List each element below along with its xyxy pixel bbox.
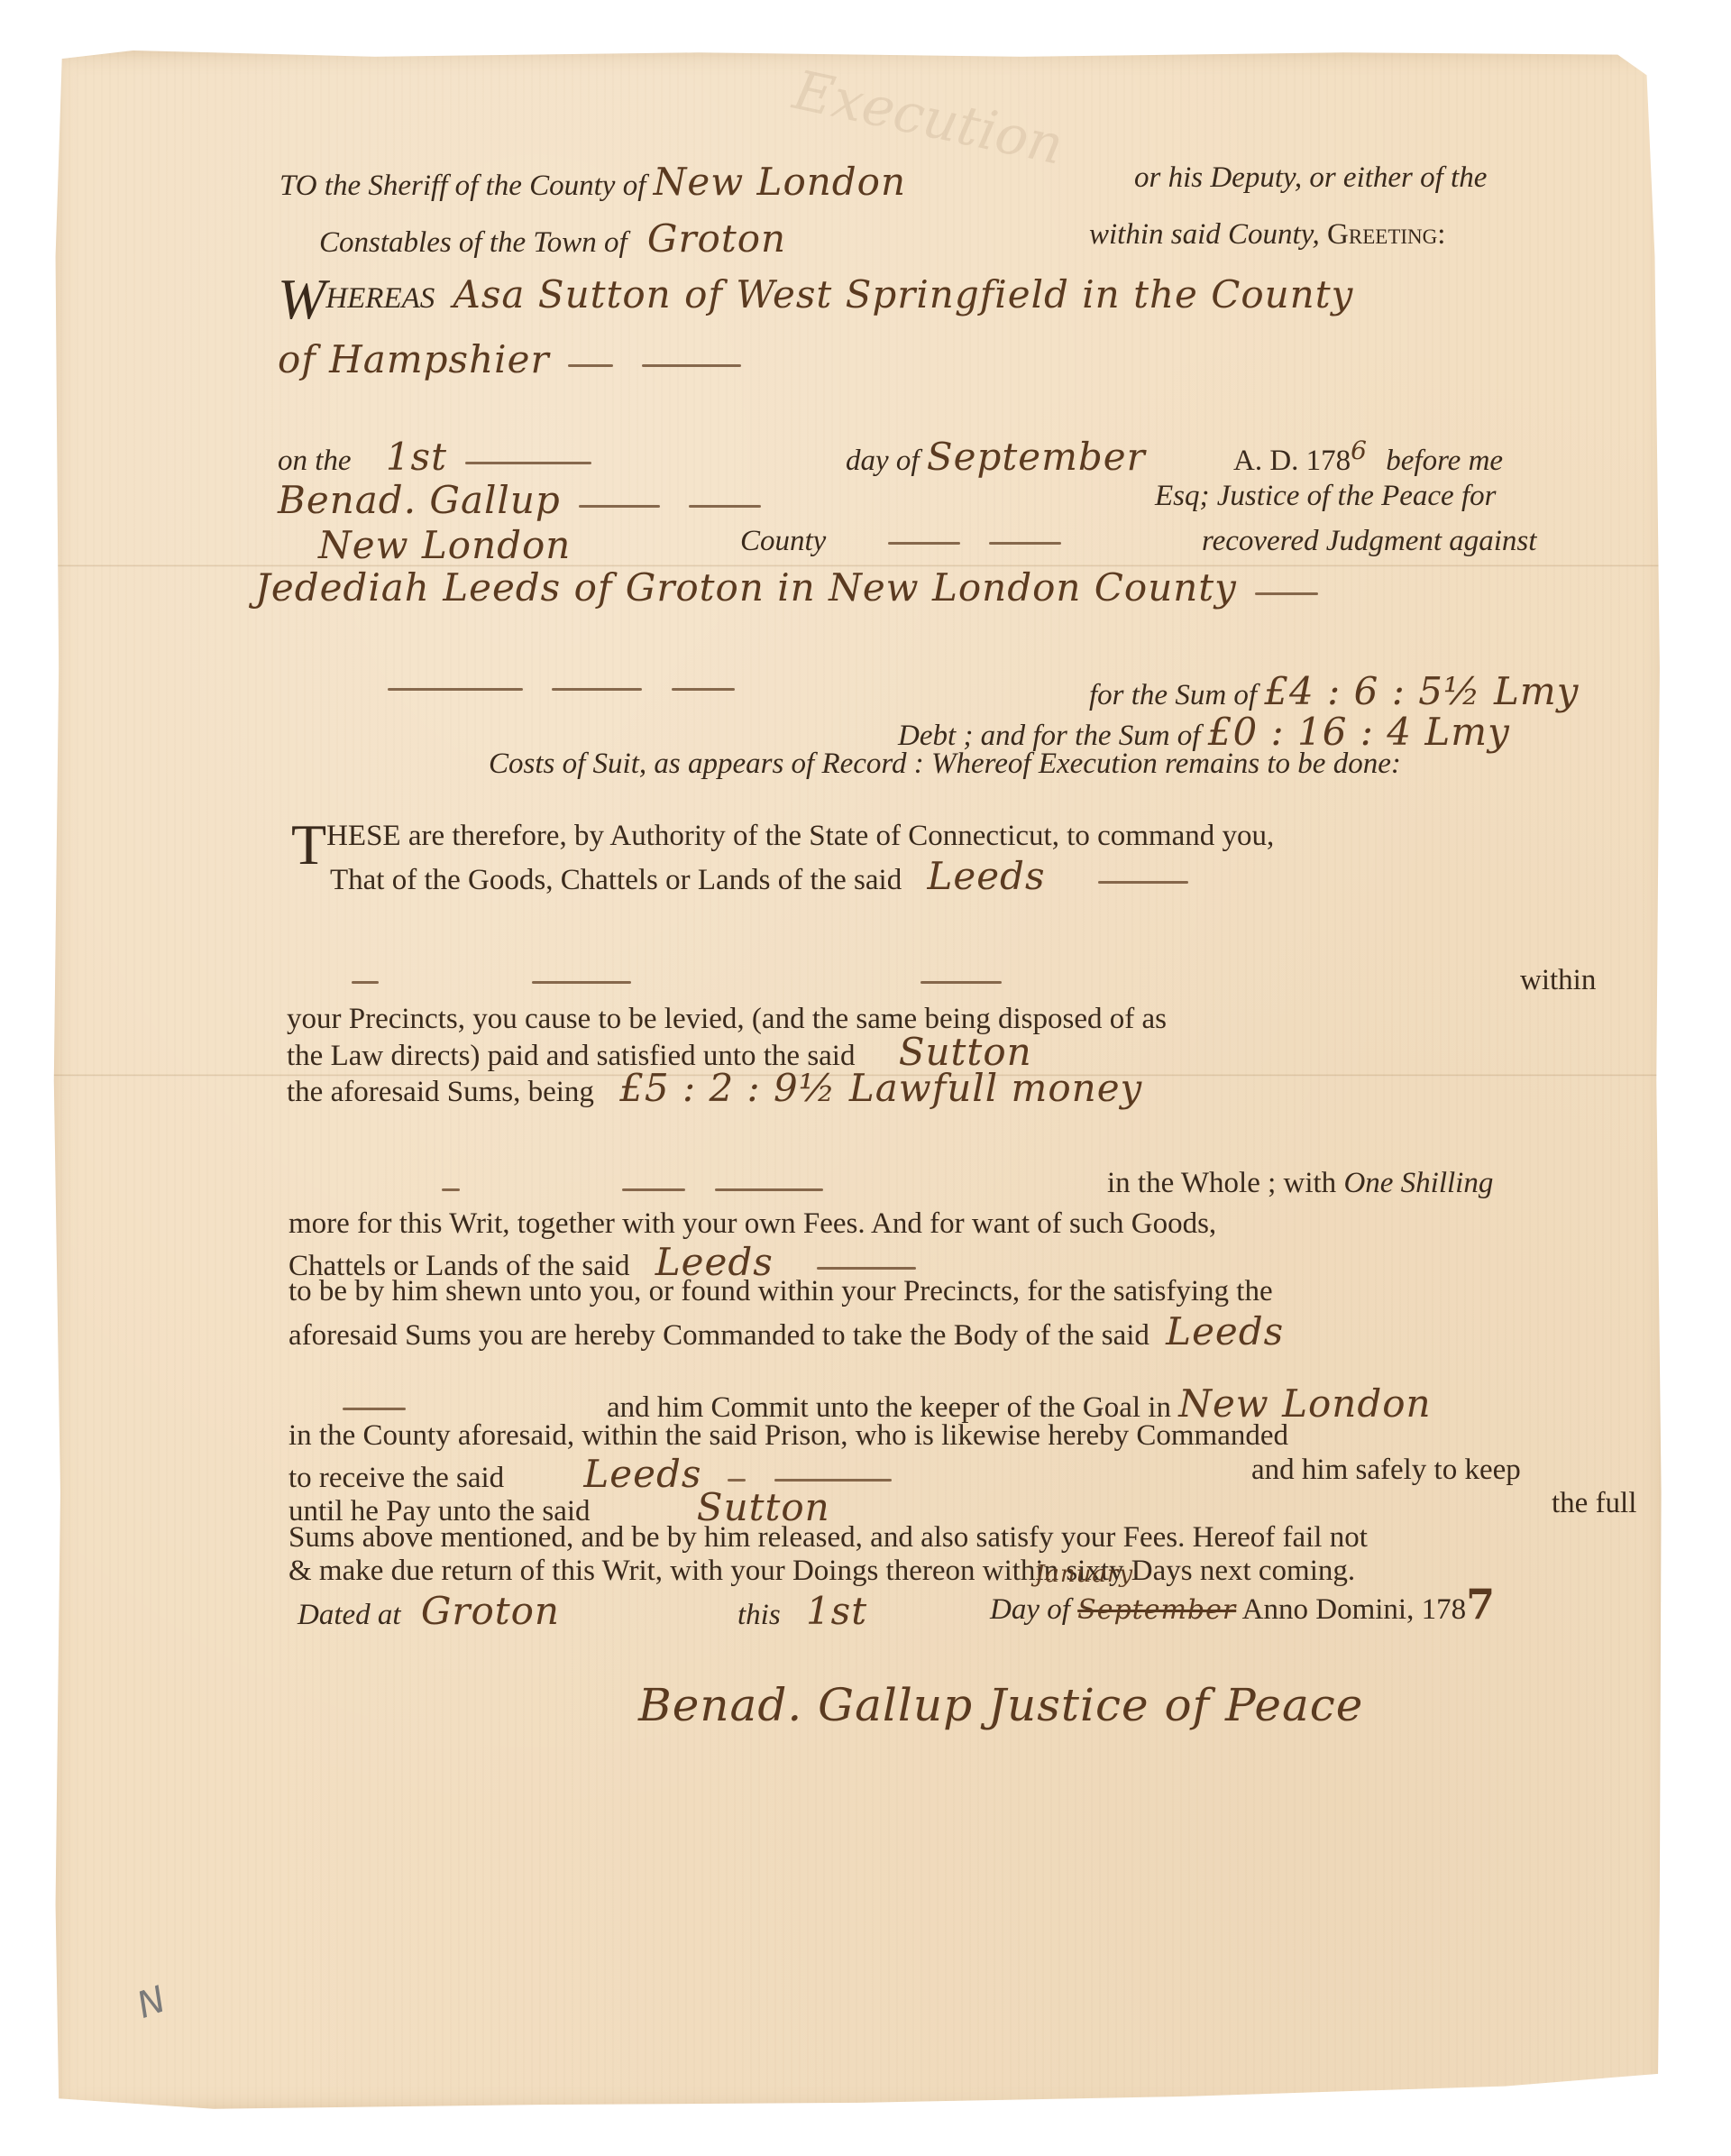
judgment-line-2-right: Esq; Justice of the Peace for	[1155, 482, 1496, 511]
print-text: within	[1520, 964, 1596, 996]
hand-name: Leeds	[927, 854, 1045, 898]
hand-month: September	[927, 435, 1146, 479]
print-text: TO the Sheriff of the County of	[279, 170, 646, 202]
filler-dash	[920, 981, 1002, 984]
filler-dash	[642, 364, 741, 367]
hand-place: Groton	[421, 1589, 560, 1633]
print-text: Anno Domini, 178	[1242, 1593, 1466, 1626]
print-text: more for this Writ, together with your o…	[288, 1207, 1216, 1240]
print-text: the full	[1552, 1487, 1636, 1519]
whole-dashes	[431, 1173, 834, 1203]
header-line-2: Constables of the Town of Groton	[319, 220, 786, 258]
hand-town: Groton	[647, 216, 786, 261]
filler-dash	[817, 1267, 916, 1270]
hand-day: 1st	[386, 435, 447, 479]
dated-month-inserted: January	[1035, 1558, 1133, 1588]
command-line-13-right: the full	[1552, 1489, 1636, 1518]
hand-year-digit: 7	[1466, 1580, 1496, 1628]
hand-month-struck: September	[1077, 1594, 1236, 1626]
print-text: HEREAS	[325, 282, 435, 315]
sums-line-3: Costs of Suit, as appears of Record : Wh…	[489, 749, 1401, 779]
print-text: County	[740, 525, 826, 557]
hand-plaintiff-cont: of Hampshier	[278, 337, 550, 381]
greeting: Greeting:	[1327, 218, 1445, 251]
filler-dash	[672, 688, 735, 691]
dropcap-w: W	[278, 267, 325, 331]
filler-dash	[579, 505, 660, 508]
dated-line-mid: this 1st	[737, 1592, 867, 1630]
judgment-line-3-mid: County	[740, 527, 1072, 556]
hand-year-digit: 6	[1351, 436, 1368, 465]
print-text: That of the Goods, Chattels or Lands of …	[330, 864, 902, 896]
filler-dash	[568, 364, 613, 367]
sums-dashes	[377, 673, 746, 702]
print-text: to be by him shewn unto you, or found wi…	[288, 1275, 1273, 1307]
filler-dash	[1098, 881, 1188, 884]
print-text: Costs of Suit, as appears of Record : Wh…	[489, 748, 1401, 780]
print-text: for the Sum of	[1089, 679, 1257, 711]
print-text: your Precincts, you cause to be levied, …	[287, 1003, 1167, 1035]
print-text: aforesaid Sums you are hereby Commanded …	[288, 1319, 1149, 1352]
sums-line-2: Debt ; and for the Sum of £0 : 16 : 4 Lm…	[898, 713, 1510, 751]
command-line-12-right: and him safely to keep	[1251, 1455, 1521, 1485]
command-line-15: & make due return of this Writ, with you…	[288, 1556, 1355, 1586]
signature: Benad. Gallup Justice of Peace	[638, 1683, 1363, 1728]
print-text: before me	[1386, 445, 1503, 477]
print-text: in the County aforesaid, within the said…	[288, 1419, 1288, 1452]
hand-plaintiff: Asa Sutton of West Springfield in the Co…	[453, 272, 1354, 317]
filler-dash	[343, 1408, 406, 1410]
command-within: within	[1520, 966, 1596, 995]
dated-line-right: Day of September Anno Domini, 1787	[990, 1583, 1496, 1625]
command-line-14: Sums above mentioned, and be by him rele…	[288, 1523, 1368, 1553]
print-text: and him safely to keep	[1251, 1454, 1521, 1486]
print-text: One Shilling	[1343, 1167, 1493, 1199]
judgment-line-2: Benad. Gallup	[278, 482, 772, 519]
filler-dash	[622, 1188, 685, 1191]
hand-total: £5 : 2 : 9½ Lawfull money	[619, 1066, 1142, 1110]
print-text: in the Whole ; with	[1107, 1167, 1336, 1199]
print-text: & make due return of this Writ, with you…	[288, 1555, 1355, 1587]
filler-dash	[989, 542, 1061, 545]
print-text: Constables of the Town of	[319, 226, 627, 259]
hand-month-inserted: January	[1035, 1561, 1133, 1588]
document-paper: Execution TO the Sheriff of the County o…	[52, 50, 1666, 2111]
header-line-2-right: within said County, Greeting:	[1089, 220, 1445, 250]
judgment-line-3: New London	[318, 527, 571, 564]
print-text: day of	[846, 445, 920, 477]
hand-debt-sum: £4 : 6 : 5½ Lmy	[1264, 669, 1579, 713]
pencil-mark: N	[132, 1978, 171, 2026]
filler-dash	[774, 1479, 892, 1482]
header-line-1-right: or his Deputy, or either of the	[1134, 163, 1487, 193]
command-whole: in the Whole ; with One Shilling	[1107, 1169, 1493, 1198]
filler-dash	[715, 1188, 823, 1191]
filler-dash	[728, 1479, 746, 1482]
dropcap-t: T	[291, 812, 326, 876]
print-text: Day of	[990, 1593, 1070, 1626]
goal-dash	[332, 1392, 417, 1422]
hand-county: New London	[318, 523, 571, 567]
whereas-line-cont: of Hampshier	[278, 341, 752, 379]
print-text: on the	[278, 445, 352, 477]
hand-day: 1st	[806, 1589, 867, 1633]
judgment-line-1: on the 1st	[278, 438, 602, 476]
print-text: this	[737, 1599, 781, 1631]
filler-dash	[465, 462, 591, 464]
print-text: HESE are therefore, by Authority of the …	[326, 820, 1274, 852]
filler-dash	[689, 505, 761, 508]
filler-dash	[352, 981, 379, 984]
command-dashes	[341, 966, 1012, 995]
print-text: within said County,	[1089, 218, 1320, 251]
pencil-margin-mark: N	[133, 1981, 170, 2024]
filler-dash	[1255, 592, 1318, 595]
command-line-8: to be by him shewn unto you, or found wi…	[288, 1277, 1273, 1307]
judgment-line-1-right: A. D. 1786 before me	[1233, 438, 1503, 476]
sums-line-1: for the Sum of £4 : 6 : 5½ Lmy	[1089, 673, 1579, 711]
command-line-11: in the County aforesaid, within the said…	[288, 1421, 1288, 1451]
command-line-3: your Precincts, you cause to be levied, …	[287, 1005, 1167, 1034]
dated-line: Dated at Groton	[298, 1592, 560, 1630]
print-text: Sums above mentioned, and be by him rele…	[288, 1521, 1368, 1554]
hand-justice: Benad. Gallup	[278, 478, 561, 522]
command-line-9: aforesaid Sums you are hereby Commanded …	[288, 1313, 1284, 1351]
print-text: Esq; Justice of the Peace for	[1155, 480, 1496, 512]
print-text: recovered Judgment against	[1202, 525, 1536, 557]
filler-dash	[532, 981, 631, 984]
hand-name: Leeds	[1166, 1309, 1284, 1353]
header-line-1: TO the Sheriff of the County of New Lond…	[279, 163, 906, 201]
print-text: or his Deputy, or either of the	[1134, 161, 1487, 194]
hand-signature: Benad. Gallup Justice of Peace	[638, 1679, 1363, 1731]
command-line-2: That of the Goods, Chattels or Lands of …	[330, 858, 1199, 895]
hand-county: New London	[654, 160, 906, 204]
print-text: Dated at	[298, 1599, 401, 1631]
print-text: the aforesaid Sums, being	[287, 1076, 594, 1108]
judgment-line-1-mid: day of September	[846, 438, 1146, 476]
print-text: A. D. 178	[1233, 445, 1351, 477]
filler-dash	[388, 688, 523, 691]
hand-defendant: Jedediah Leeds of Groton in New London C…	[255, 565, 1237, 610]
filler-dash	[442, 1188, 460, 1191]
filler-dash	[552, 688, 642, 691]
filler-dash	[888, 542, 960, 545]
judgment-line-3-right: recovered Judgment against	[1202, 527, 1536, 556]
command-line-6: more for this Writ, together with your o…	[288, 1209, 1216, 1239]
command-line-10: and him Commit unto the keeper of the Go…	[607, 1385, 1432, 1423]
command-line-5: the aforesaid Sums, being £5 : 2 : 9½ La…	[287, 1069, 1142, 1107]
judgment-line-4: Jedediah Leeds of Groton in New London C…	[255, 569, 1329, 607]
whereas-line: WHEREAS Asa Sutton of West Springfield i…	[278, 276, 1353, 322]
